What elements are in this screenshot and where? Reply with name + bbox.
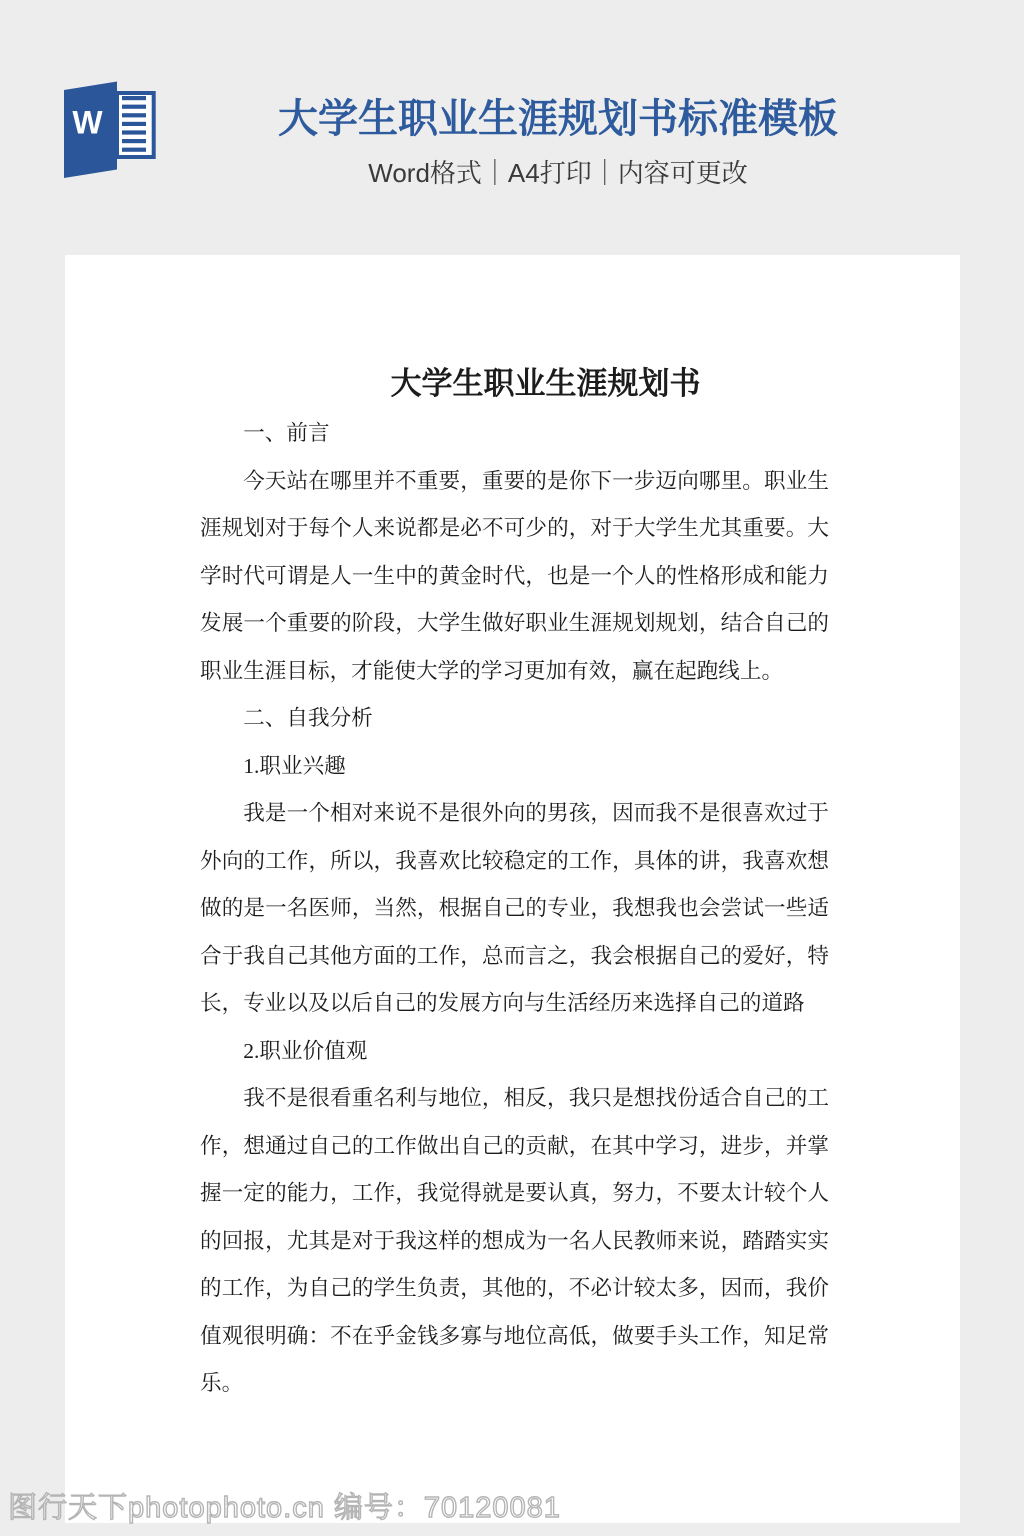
document-body: 一、前言今天站在哪里并不重要，重要的是你下一步迈向哪里。职业生涯规划对于每个人来… [200,410,829,1408]
doc-heading: 1.职业兴趣 [200,743,829,791]
doc-heading: 二、自我分析 [200,695,829,743]
template-title: 大学生职业生涯规划书标准模板 [278,96,838,142]
watermark: 图行天下photophoto.cn 编号：70120081 [8,1489,561,1527]
word-icon-letter: W [72,105,103,141]
doc-heading: 2.职业价值观 [200,1028,829,1076]
doc-paragraph: 今天站在哪里并不重要，重要的是你下一步迈向哪里。职业生涯规划对于每个人来说都是必… [200,458,829,696]
doc-paragraph: 我不是很看重名利与地位，相反，我只是想找份适合自己的工作，想通过自己的工作做出自… [200,1075,829,1408]
word-icon: W [64,80,156,180]
header-text-block: 大学生职业生涯规划书标准模板 Word格式｜A4打印｜内容可更改 [278,96,838,191]
template-preview-page: W 大学生职业生涯规划书标准模板 Word格式｜A4打印｜内容可更改 大学生职业… [0,0,1024,1536]
document-title: 大学生职业生涯规划书 [200,358,829,410]
template-subtitle: Word格式｜A4打印｜内容可更改 [278,155,838,191]
doc-heading: 一、前言 [200,410,829,458]
document-page: 大学生职业生涯规划书 一、前言今天站在哪里并不重要，重要的是你下一步迈向哪里。职… [65,255,960,1523]
doc-paragraph: 我是一个相对来说不是很外向的男孩，因而我不是很喜欢过于外向的工作，所以，我喜欢比… [200,790,829,1028]
